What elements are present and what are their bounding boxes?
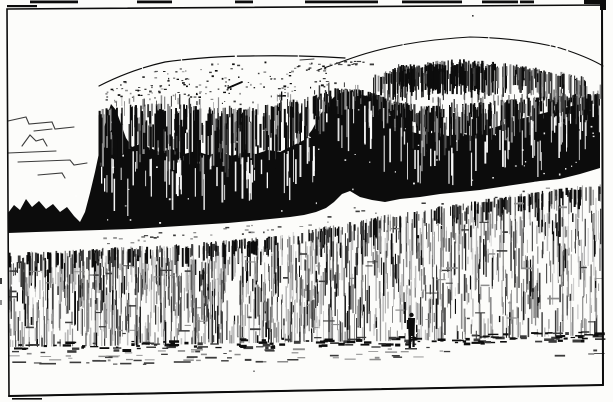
summit-speckles (105, 62, 336, 106)
distant-hills (8, 117, 87, 178)
engraving-scene (0, 0, 613, 402)
engraving-page (0, 0, 613, 402)
ground-marks (9, 346, 605, 365)
cliff-base-line (12, 331, 605, 353)
summit-outline (99, 56, 345, 86)
